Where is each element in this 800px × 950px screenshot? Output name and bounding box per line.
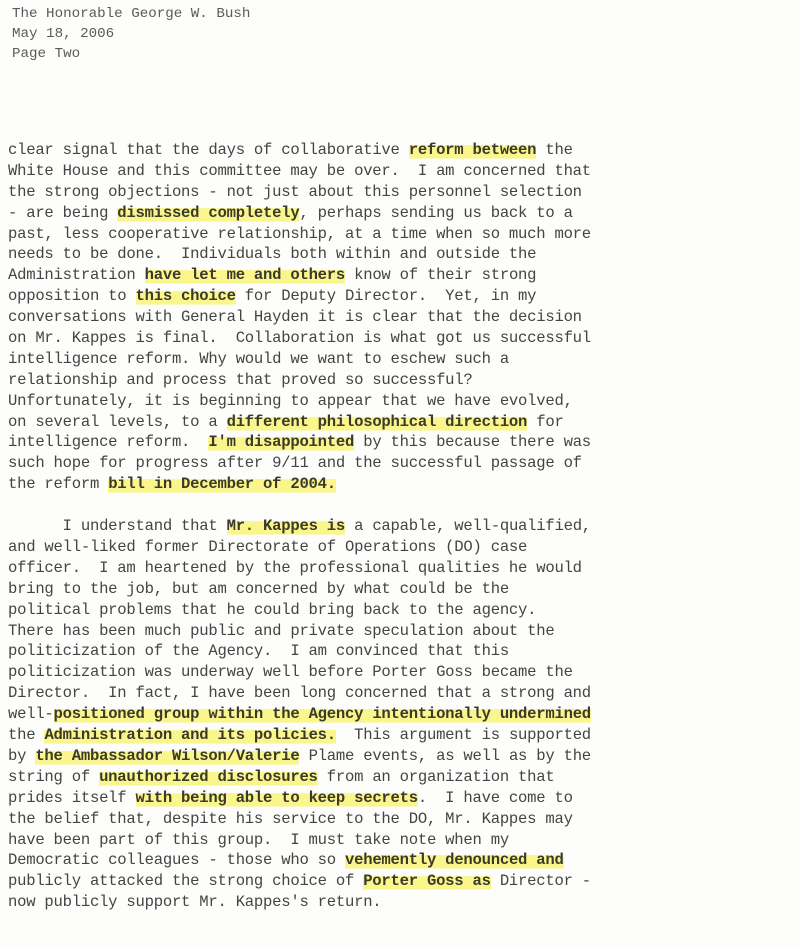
text-segment: I understand that: [8, 517, 227, 535]
text-line: have been part of this group. I must tak…: [8, 830, 798, 851]
date-line: May 18, 2006: [12, 24, 250, 44]
text-segment: such hope for progress after 9/11 and th…: [8, 454, 582, 472]
text-segment: string of: [8, 768, 99, 786]
highlighted-text: unauthorized disclosures: [99, 768, 318, 786]
text-segment: prides itself: [8, 789, 136, 807]
highlighted-text: with being able to keep secrets: [136, 789, 418, 807]
text-line: string of unauthorized disclosures from …: [8, 767, 798, 788]
text-segment: past, less cooperative relationship, at …: [8, 225, 591, 243]
text-segment: politicization was underway well before …: [8, 663, 573, 681]
letter-body: clear signal that the days of collaborat…: [8, 140, 798, 913]
text-segment: on Mr. Kappes is final. Collaboration is…: [8, 329, 591, 347]
text-line: such hope for progress after 9/11 and th…: [8, 453, 798, 474]
text-segment: politicization of the Agency. I am convi…: [8, 642, 509, 660]
text-line: opposition to this choice for Deputy Dir…: [8, 286, 798, 307]
text-line: the belief that, despite his service to …: [8, 809, 798, 830]
text-segment: by this because there was: [354, 433, 591, 451]
text-line: past, less cooperative relationship, at …: [8, 224, 798, 245]
text-segment: well-: [8, 705, 54, 723]
text-line: Director. In fact, I have been long conc…: [8, 683, 798, 704]
highlighted-text: vehemently denounced and: [345, 851, 564, 869]
text-segment: Director. In fact, I have been long conc…: [8, 684, 591, 702]
highlighted-text: have let me and others: [145, 266, 345, 284]
page-number-line: Page Two: [12, 44, 250, 64]
text-segment: the: [8, 726, 44, 744]
text-segment: clear signal that the days of collaborat…: [8, 141, 409, 159]
text-segment: the belief that, despite his service to …: [8, 810, 573, 828]
text-segment: officer. I am heartened by the professio…: [8, 559, 582, 577]
text-segment: publicly attacked the strong choice of: [8, 872, 363, 890]
text-segment: a capable, well-qualified,: [345, 517, 591, 535]
highlighted-text: positioned group within the Agency inten…: [54, 705, 591, 723]
highlighted-text: different philosophical direction: [227, 413, 528, 431]
highlighted-text: I'm disappointed: [208, 433, 354, 451]
text-line: officer. I am heartened by the professio…: [8, 558, 798, 579]
highlighted-text: bill in December of 2004.: [108, 475, 336, 493]
letter-page: The Honorable George W. Bush May 18, 200…: [0, 0, 800, 950]
text-segment: know of their strong: [345, 266, 536, 284]
text-line: I understand that Mr. Kappes is a capabl…: [8, 516, 798, 537]
text-line: intelligence reform. Why would we want t…: [8, 349, 798, 370]
text-segment: . I have come to: [418, 789, 573, 807]
text-segment: relationship and process that proved so …: [8, 371, 473, 389]
text-segment: This argument is supported: [336, 726, 591, 744]
text-line: well-positioned group within the Agency …: [8, 704, 798, 725]
text-line: the reform bill in December of 2004.: [8, 474, 798, 495]
text-segment: needs to be done. Individuals both withi…: [8, 245, 536, 263]
text-line: and well-liked former Directorate of Ope…: [8, 537, 798, 558]
text-segment: intelligence reform. Why would we want t…: [8, 350, 509, 368]
text-segment: bring to the job, but am concerned by wh…: [8, 580, 509, 598]
letter-header: The Honorable George W. Bush May 18, 200…: [12, 4, 250, 64]
highlighted-text: the Ambassador Wilson/Valerie: [35, 747, 299, 765]
highlighted-text: this choice: [136, 287, 236, 305]
text-line: intelligence reform. I'm disappointed by…: [8, 432, 798, 453]
text-segment: Plame events, as well as by the: [299, 747, 590, 765]
text-segment: for Deputy Director. Yet, in my: [236, 287, 537, 305]
text-line: clear signal that the days of collaborat…: [8, 140, 798, 161]
highlighted-text: reform between: [409, 141, 537, 159]
text-line: bring to the job, but am concerned by wh…: [8, 579, 798, 600]
paragraph: I understand that Mr. Kappes is a capabl…: [8, 516, 798, 913]
text-segment: Democratic colleagues - those who so: [8, 851, 345, 869]
text-line: politicization of the Agency. I am convi…: [8, 641, 798, 662]
recipient-line: The Honorable George W. Bush: [12, 4, 250, 24]
text-line: now publicly support Mr. Kappes's return…: [8, 892, 798, 913]
text-line: political problems that he could bring b…: [8, 600, 798, 621]
text-line: Unfortunately, it is beginning to appear…: [8, 391, 798, 412]
text-line: publicly attacked the strong choice of P…: [8, 871, 798, 892]
text-line: - are being dismissed completely, perhap…: [8, 203, 798, 224]
highlighted-text: Mr. Kappes is: [227, 517, 345, 535]
text-segment: - are being: [8, 204, 117, 222]
text-line: prides itself with being able to keep se…: [8, 788, 798, 809]
text-line: the Administration and its policies. Thi…: [8, 725, 798, 746]
text-line: on Mr. Kappes is final. Collaboration is…: [8, 328, 798, 349]
text-segment: the strong objections - not just about t…: [8, 183, 582, 201]
text-segment: and well-liked former Directorate of Ope…: [8, 538, 527, 556]
text-segment: the reform: [8, 475, 108, 493]
text-segment: have been part of this group. I must tak…: [8, 831, 509, 849]
text-line: needs to be done. Individuals both withi…: [8, 244, 798, 265]
text-line: relationship and process that proved so …: [8, 370, 798, 391]
text-line: White House and this committee may be ov…: [8, 161, 798, 182]
text-segment: , perhaps sending us back to a: [299, 204, 572, 222]
text-segment: There has been much public and private s…: [8, 622, 554, 640]
text-segment: opposition to: [8, 287, 136, 305]
text-segment: by: [8, 747, 35, 765]
text-segment: political problems that he could bring b…: [8, 601, 536, 619]
text-line: by the Ambassador Wilson/Valerie Plame e…: [8, 746, 798, 767]
text-segment: Director -: [491, 872, 591, 890]
text-line: on several levels, to a different philos…: [8, 412, 798, 433]
text-segment: the: [536, 141, 572, 159]
text-segment: Administration: [8, 266, 145, 284]
text-line: the strong objections - not just about t…: [8, 182, 798, 203]
paragraph-gap: [8, 495, 798, 516]
text-segment: for: [527, 413, 563, 431]
text-line: Administration have let me and others kn…: [8, 265, 798, 286]
paragraph: clear signal that the days of collaborat…: [8, 140, 798, 495]
highlighted-text: Porter Goss as: [363, 872, 491, 890]
text-segment: intelligence reform.: [8, 433, 208, 451]
highlighted-text: dismissed completely: [117, 204, 299, 222]
text-segment: White House and this committee may be ov…: [8, 162, 591, 180]
text-segment: conversations with General Hayden it is …: [8, 308, 582, 326]
text-line: There has been much public and private s…: [8, 621, 798, 642]
highlighted-text: Administration and its policies.: [44, 726, 335, 744]
text-segment: now publicly support Mr. Kappes's return…: [8, 893, 381, 911]
text-segment: Unfortunately, it is beginning to appear…: [8, 392, 573, 410]
text-line: politicization was underway well before …: [8, 662, 798, 683]
text-line: Democratic colleagues - those who so veh…: [8, 850, 798, 871]
text-line: conversations with General Hayden it is …: [8, 307, 798, 328]
text-segment: from an organization that: [318, 768, 555, 786]
text-segment: on several levels, to a: [8, 413, 227, 431]
